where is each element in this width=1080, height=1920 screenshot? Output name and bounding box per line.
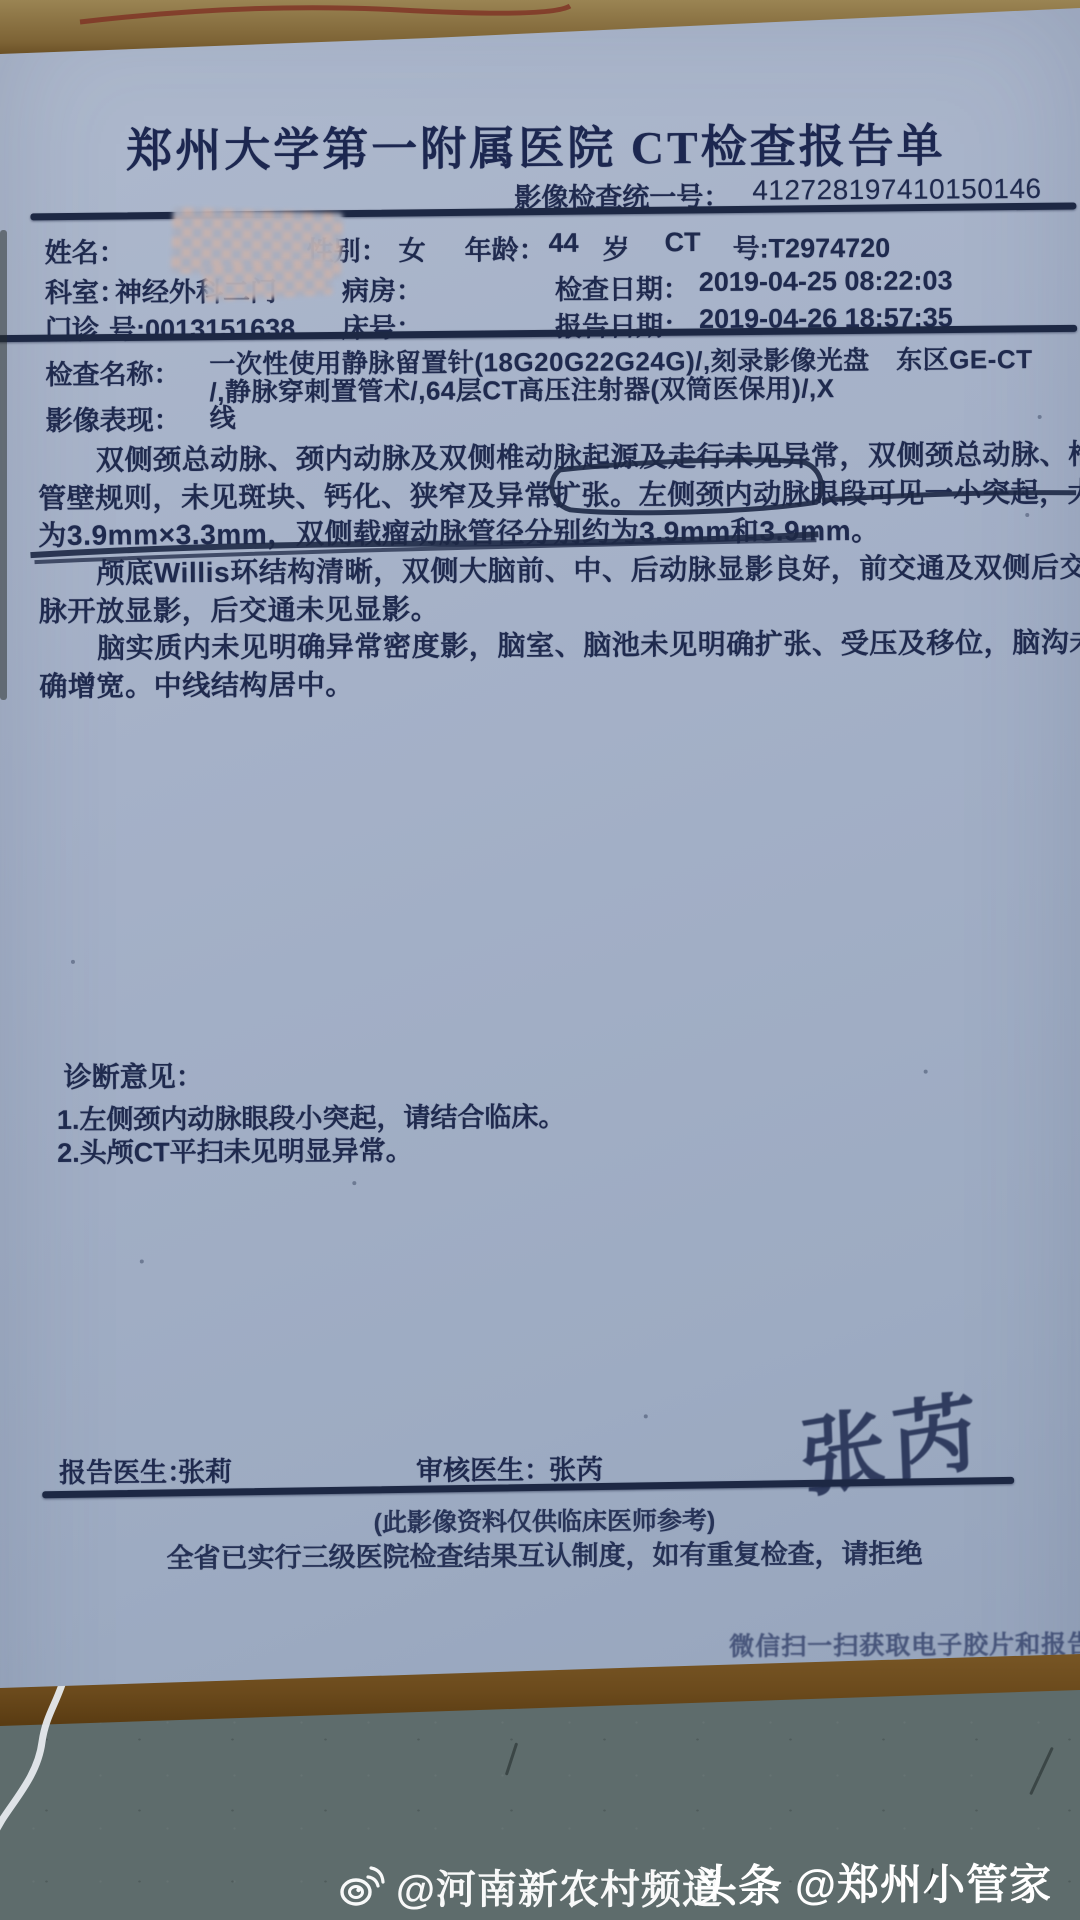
- paper-speck: [352, 1181, 356, 1185]
- ground-scratch: [1029, 1747, 1054, 1795]
- gender-value: 女: [399, 229, 426, 268]
- age-value: 44: [549, 228, 579, 259]
- paper-speck: [1038, 415, 1042, 419]
- bed-label: 床号：: [342, 306, 423, 345]
- weibo-handle: @河南新农村频道: [396, 1858, 723, 1915]
- imaging-lead: 线: [210, 398, 237, 435]
- toutiao-handle: @郑州小管家: [795, 1852, 1052, 1912]
- exam-name-line2: /,静脉穿刺置管术/,64层CT高压注射器(双筒医保用)/,X: [209, 368, 834, 409]
- white-string: [0, 1650, 220, 1920]
- ground-scratch: [505, 1742, 518, 1775]
- report-title: 郑州大学第一附属医院 CT检查报告单: [0, 109, 1076, 182]
- paper-edge-shadow: [0, 230, 7, 700]
- diagnosis-title: 诊断意见：: [64, 1055, 204, 1096]
- weibo-icon: [338, 1865, 386, 1909]
- toutiao-badge: 头条: [693, 1850, 783, 1914]
- review-doctor-label: 审核医生：: [416, 1448, 551, 1488]
- red-pen-scribble: [70, 0, 590, 40]
- paper-speck: [924, 1070, 928, 1074]
- paper-speck: [1025, 513, 1029, 517]
- report-doctor-name: 张莉: [178, 1450, 232, 1489]
- imaging-label: 影像表现：: [46, 398, 181, 438]
- name-mosaic-redaction: [203, 259, 333, 302]
- exam-date-label: 检查日期：: [555, 267, 690, 307]
- doctor-signature: 张芮: [798, 1361, 985, 1516]
- report-content: 郑州大学第一附属医院 CT检查报告单 影像检查统一号： 412728197410…: [0, 0, 1080, 1920]
- paper-speck: [71, 960, 75, 964]
- footer-note-policy: 全省已实行三级医院检查结果互认制度，如有重复检查，请拒绝: [4, 1531, 1080, 1577]
- ct-label: CT: [665, 227, 701, 258]
- review-doctor-name: 张芮: [549, 1448, 603, 1487]
- paper-speck: [140, 1259, 144, 1263]
- exam-date-value: 2019-04-25 08:22:03: [699, 265, 953, 298]
- report-date-label: 报告日期：: [555, 304, 690, 344]
- age-label: 年龄：: [465, 228, 546, 267]
- toutiao-watermark: 头条 @郑州小管家: [693, 1850, 1052, 1914]
- ward-label: 病房：: [342, 269, 423, 308]
- weibo-watermark: @河南新农村频道: [338, 1858, 723, 1915]
- exam-uid-value: 412728197410150146: [752, 173, 1042, 207]
- ct-number: 号:T2974720: [733, 226, 891, 266]
- report-doctor-label: 报告医生：: [59, 1450, 194, 1490]
- name-label: 姓名：: [45, 231, 126, 270]
- age-unit: 岁: [603, 227, 630, 266]
- diagnosis-item: 2.头颅CT平扫未见明显异常。: [57, 1129, 413, 1170]
- paper-speck: [831, 494, 835, 498]
- photo-of-ct-report: { "report": { "hospital_title": "郑州大学第一附…: [0, 0, 1080, 1920]
- findings-line: 确增宽。中线结构居中。: [39, 659, 1069, 705]
- exam-name-label: 检查名称：: [45, 352, 180, 392]
- paper-speck: [644, 1414, 648, 1418]
- ct-report-sheet: 郑州大学第一附属医院 CT检查报告单 影像检查统一号： 412728197410…: [0, 0, 1080, 1920]
